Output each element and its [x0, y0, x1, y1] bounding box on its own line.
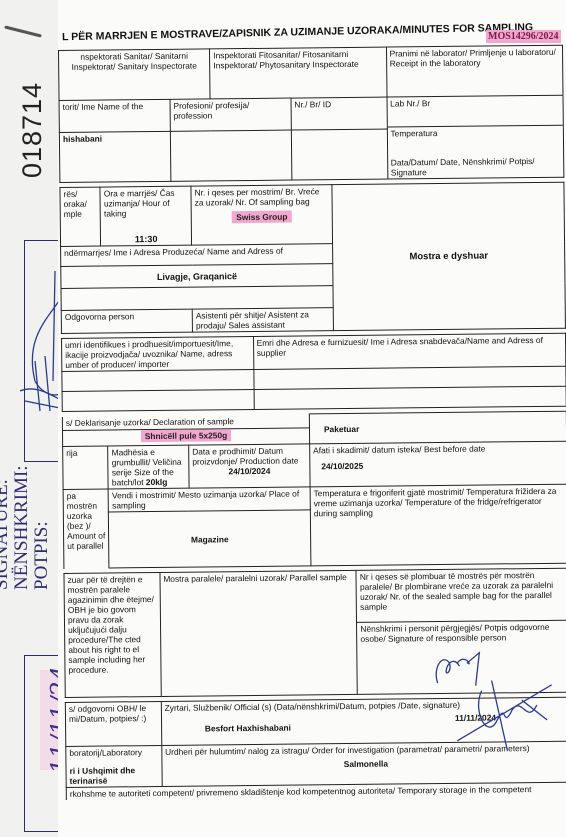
production-date-value[interactable]: 24/10/2024 — [192, 465, 306, 476]
parallel-sample-label: Mostra paralele/ paralelni uzorak/ Paral… — [160, 570, 358, 696]
id-label: Nr./ Br/ ID — [291, 97, 387, 130]
batch-size-value[interactable]: 20klg — [146, 477, 168, 487]
fbo-label: s/ odgovorni OBH/ le mi/Datum, potpies/ … — [65, 701, 161, 746]
inspector-name-value[interactable]: hishabani — [59, 131, 170, 183]
producer-supplier-section: umri identifikues i prodhuesit/importues… — [61, 333, 566, 412]
business-value[interactable]: Livagje, Graqanicë — [61, 264, 333, 289]
profession-label: Profesioni/ profesija/ profession — [170, 98, 291, 131]
amount-label: pa mostrën uzorka (bez )/ Amount of ut p… — [63, 489, 109, 568]
hour-label: Ora e marrjës/ Čas uzimanja/ Hour of tak… — [104, 188, 188, 219]
business-label: ndërmarrjes/ Ime i Adresa Produzeća/ Nam… — [61, 244, 333, 267]
sampling-details-section: rës/ oraka/ mple Ora e marrjës/ Čas uzim… — [59, 182, 566, 334]
supplier-label: Emri dhe Adresa e furnizuesit/ Ime i Adr… — [253, 333, 566, 369]
temperature-label: Temperatura — [387, 126, 563, 157]
official-name[interactable]: Besfort Haxhishabani — [205, 723, 291, 734]
laboratory-value[interactable]: ri i Ushqimit dhe terinarisë — [69, 765, 158, 786]
sample-type-value[interactable]: Mostra e dyshuar — [332, 182, 565, 330]
lot-label: rija — [63, 446, 109, 489]
inspector-name-label: torit/ Ime Name of the — [59, 99, 170, 132]
best-before-value[interactable]: 24/10/2025 — [313, 459, 563, 472]
producer-value-1[interactable] — [62, 369, 254, 391]
sanitary-inspectorate-label: nspektorati Sanitar/ Sanitarni Inspektor… — [59, 49, 211, 101]
declaration-value[interactable]: Shnicëll pule 5x250g — [141, 429, 232, 442]
parallel-sample-section: zuar për të drejtën e mostrën paralele a… — [63, 568, 566, 698]
date-signature-label: Data/Datum/ Date, Nënshkrimi/ Potpis/ Si… — [388, 155, 564, 179]
business-extra-row[interactable] — [61, 286, 333, 311]
declaration-section: s/ Deklarisanje uzorka/ Declaration of s… — [62, 411, 566, 569]
order-value[interactable]: Salmonella — [165, 757, 566, 771]
supplier-value-2[interactable] — [254, 386, 566, 409]
profession-value[interactable] — [170, 130, 291, 182]
bag-value[interactable]: Swiss Group — [232, 211, 291, 224]
sealed-bag-label: Nr i qeses së plombuar të mostrës për mo… — [356, 568, 566, 622]
packaging-value[interactable]: Paketuar — [309, 411, 566, 444]
responsible-person-label: Odgovorna person — [61, 309, 192, 333]
sampling-form: nspektorati Sanitar/ Sanitarni Inspektor… — [58, 45, 566, 800]
responsible-signature-label: Nënshkrimi i personit përgjegjës/ Potpis… — [360, 622, 565, 644]
inspectorate-section: nspektorati Sanitar/ Sanitarni Inspektor… — [58, 45, 564, 183]
signature-label: SIGNATURE: NËNSHKRIMI: POTPIS: — [0, 470, 52, 590]
official-section: s/ odgovorni OBH/ le mi/Datum, potpies/ … — [65, 697, 566, 800]
place-value[interactable]: Magazine — [109, 510, 311, 568]
lab-receipt-label: Pranimi në laborator/ Primljenje u labor… — [386, 45, 563, 97]
production-date-label: Data e prodhimit/ Datum proizvdonje/ Pro… — [192, 445, 306, 466]
place-label: Vendi i mostrimit/ Mesto uzimanja uzorka… — [108, 487, 310, 512]
hour-value[interactable]: 11:30 — [104, 234, 188, 245]
reference-code: MOS14296/2024 — [486, 30, 561, 43]
best-before-label: Afati i skadimit/ datum isteka/ Best bef… — [313, 443, 563, 456]
date-taking-label: rës/ oraka/ mple — [60, 187, 101, 246]
id-value[interactable] — [291, 129, 387, 180]
lab-number-label: Lab Nr./ Br — [387, 96, 563, 128]
fridge-temperature-label: Temperatura e frigoriferit gjatë mostrim… — [310, 484, 566, 566]
informed-right-label: zuar për të drejtën e mostrën paralele a… — [64, 572, 161, 697]
laboratory-label: boratorij/Laboratory — [69, 747, 158, 758]
sales-assistant-label: Asistenti për shitje/ Asistent za prodaj… — [192, 308, 333, 332]
phyto-inspectorate-label: Inspektorati Fitosanitar/ Fitosanitarni … — [210, 47, 387, 99]
producer-value-2[interactable] — [62, 389, 254, 411]
bag-label: Nr. i qeses per mostrim/ Br. Vreće za uz… — [194, 186, 328, 207]
official-signature-icon — [451, 680, 562, 751]
producer-label: umri identifikues i prodhuesit/importues… — [62, 336, 254, 371]
